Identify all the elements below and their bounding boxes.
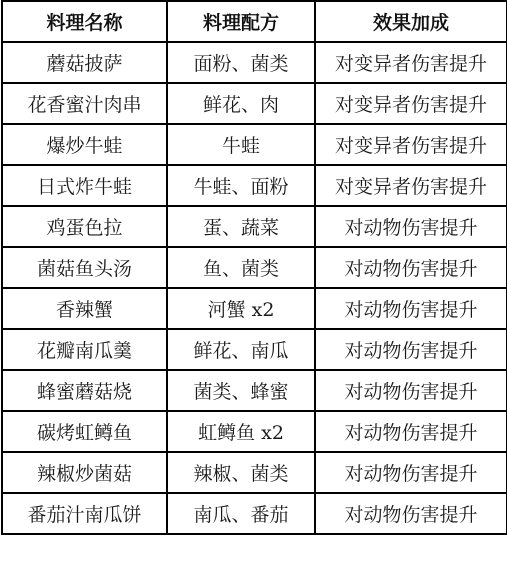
dish-recipe: 面粉、菌类 (167, 42, 315, 83)
table-row: 菌菇鱼头汤 鱼、菌类 对动物伤害提升 (2, 247, 507, 288)
dish-effect: 对变异者伤害提升 (315, 83, 507, 124)
dish-recipe: 鲜花、南瓜 (167, 329, 315, 370)
table-row: 蜂蜜蘑菇烧 菌类、蜂蜜 对动物伤害提升 (2, 370, 507, 411)
table-row: 爆炒牛蛙 牛蛙 对变异者伤害提升 (2, 124, 507, 165)
header-recipe: 料理配方 (167, 1, 315, 42)
dish-name: 日式炸牛蛙 (2, 165, 167, 206)
header-dish-name: 料理名称 (2, 1, 167, 42)
dish-name: 爆炒牛蛙 (2, 124, 167, 165)
dish-name: 花香蜜汁肉串 (2, 83, 167, 124)
table-row: 鸡蛋色拉 蛋、蔬菜 对动物伤害提升 (2, 206, 507, 247)
dish-effect: 对动物伤害提升 (315, 206, 507, 247)
dish-recipe: 鱼、菌类 (167, 247, 315, 288)
table-row: 香辣蟹 河蟹 x2 对动物伤害提升 (2, 288, 507, 329)
dish-recipe: 牛蛙、面粉 (167, 165, 315, 206)
table-row: 花瓣南瓜羹 鲜花、南瓜 对动物伤害提升 (2, 329, 507, 370)
table-row: 番茄汁南瓜饼 南瓜、番茄 对动物伤害提升 (2, 493, 507, 534)
dish-effect: 对动物伤害提升 (315, 411, 507, 452)
dish-name: 蘑菇披萨 (2, 42, 167, 83)
dish-effect: 对动物伤害提升 (315, 452, 507, 493)
dish-name: 辣椒炒菌菇 (2, 452, 167, 493)
dish-name: 菌菇鱼头汤 (2, 247, 167, 288)
dish-recipe: 南瓜、番茄 (167, 493, 315, 534)
dish-name: 鸡蛋色拉 (2, 206, 167, 247)
dish-effect: 对变异者伤害提升 (315, 124, 507, 165)
header-effect: 效果加成 (315, 1, 507, 42)
table-row: 辣椒炒菌菇 辣椒、菌类 对动物伤害提升 (2, 452, 507, 493)
dish-effect: 对动物伤害提升 (315, 288, 507, 329)
dish-effect: 对动物伤害提升 (315, 370, 507, 411)
dish-effect: 对动物伤害提升 (315, 493, 507, 534)
recipe-table: 料理名称 料理配方 效果加成 蘑菇披萨 面粉、菌类 对变异者伤害提升 花香蜜汁肉… (1, 0, 507, 535)
dish-name: 蜂蜜蘑菇烧 (2, 370, 167, 411)
dish-recipe: 牛蛙 (167, 124, 315, 165)
dish-effect: 对变异者伤害提升 (315, 165, 507, 206)
header-row: 料理名称 料理配方 效果加成 (2, 1, 507, 42)
dish-name: 花瓣南瓜羹 (2, 329, 167, 370)
dish-recipe: 鲜花、肉 (167, 83, 315, 124)
dish-effect: 对动物伤害提升 (315, 329, 507, 370)
dish-effect: 对动物伤害提升 (315, 247, 507, 288)
table-row: 碳烤虹鳟鱼 虹鳟鱼 x2 对动物伤害提升 (2, 411, 507, 452)
dish-recipe: 蛋、蔬菜 (167, 206, 315, 247)
dish-recipe: 辣椒、菌类 (167, 452, 315, 493)
dish-recipe: 菌类、蜂蜜 (167, 370, 315, 411)
table-row: 花香蜜汁肉串 鲜花、肉 对变异者伤害提升 (2, 83, 507, 124)
table-row: 蘑菇披萨 面粉、菌类 对变异者伤害提升 (2, 42, 507, 83)
dish-recipe: 虹鳟鱼 x2 (167, 411, 315, 452)
table-row: 日式炸牛蛙 牛蛙、面粉 对变异者伤害提升 (2, 165, 507, 206)
dish-effect: 对变异者伤害提升 (315, 42, 507, 83)
dish-name: 番茄汁南瓜饼 (2, 493, 167, 534)
dish-name: 碳烤虹鳟鱼 (2, 411, 167, 452)
dish-recipe: 河蟹 x2 (167, 288, 315, 329)
dish-name: 香辣蟹 (2, 288, 167, 329)
